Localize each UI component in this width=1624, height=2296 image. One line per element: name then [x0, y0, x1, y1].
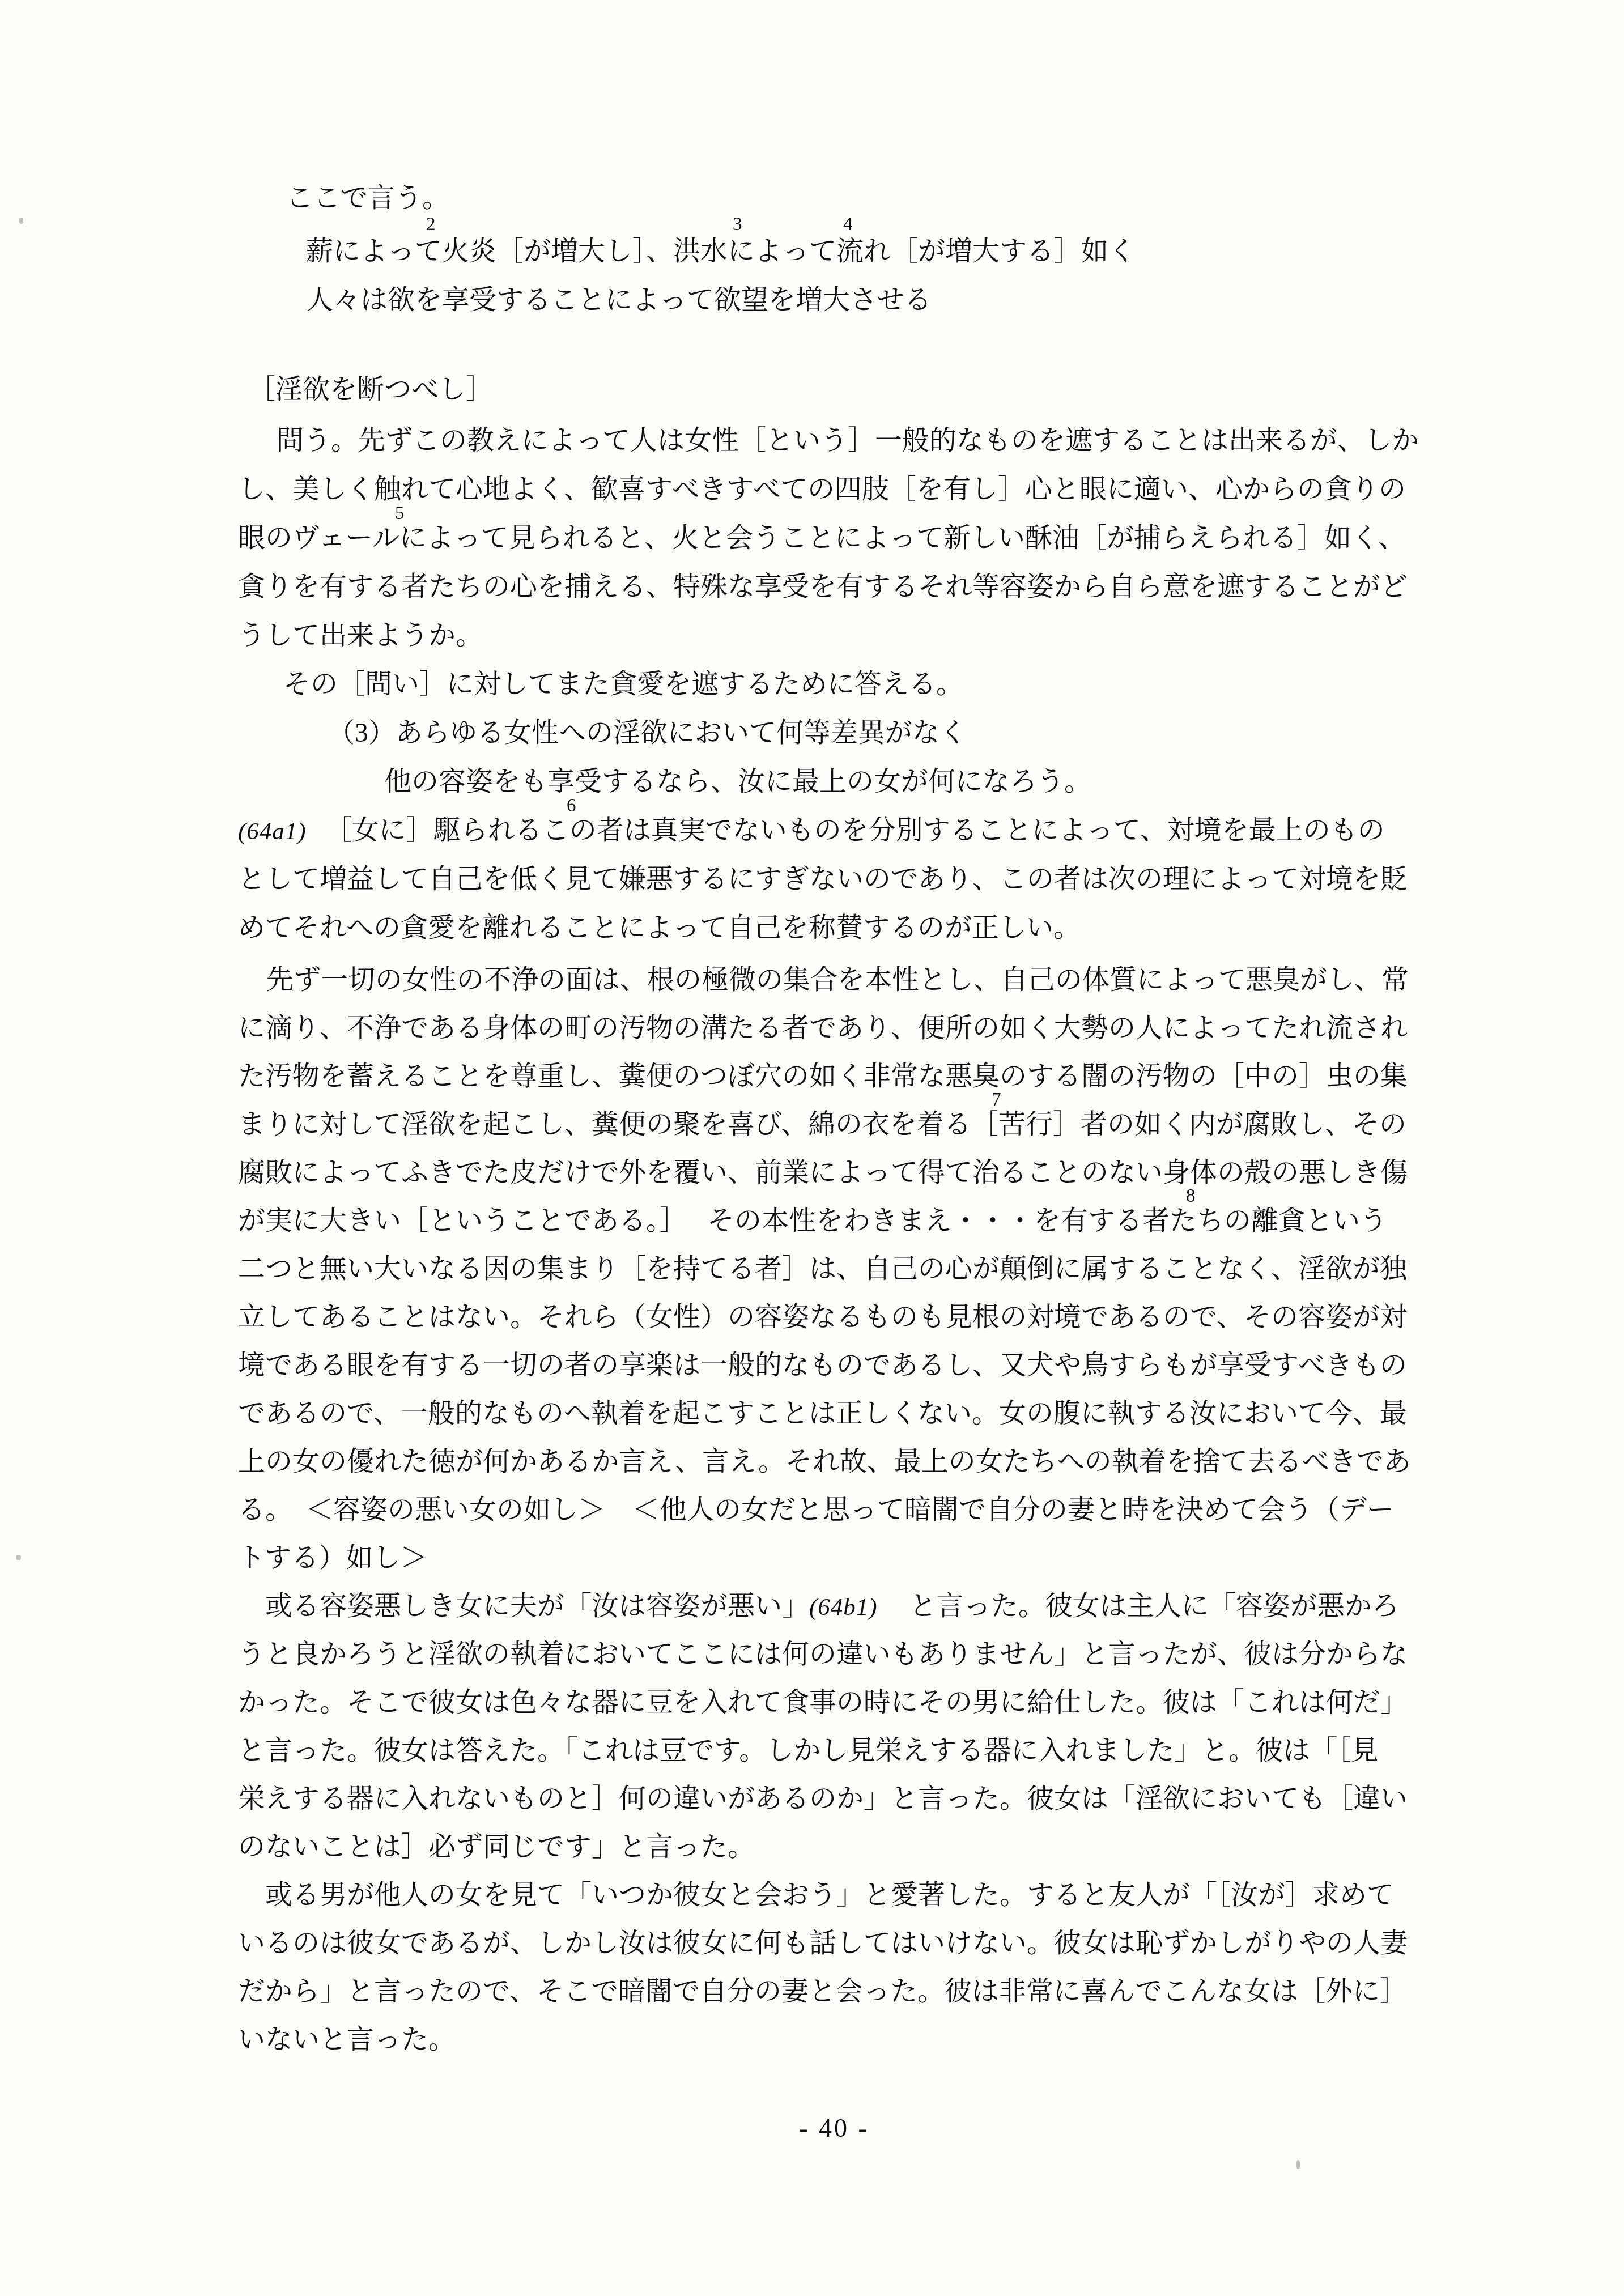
footnote-number: 6 [567, 793, 576, 818]
text-line: 問う。先ずこの教えによって人は女性［という］一般的なものを遮することは出来るが、… [277, 423, 1419, 458]
text-run: （3）あらゆる女性への淫欲において何等差異がなく [328, 718, 967, 748]
text-run: た汚物を蓄えることを尊重し、糞便のつぼ穴の如く非常な悪臭のする闇の汚物の［中の］… [238, 1061, 1408, 1091]
text-run: ［淫欲を断つべし］ [248, 375, 493, 405]
text-line: ここで言う。 [286, 181, 449, 216]
text-run: 境である眼を有する一切の者の享楽は一般的なものであるし、又犬や鳥すらもが享受すべ… [238, 1350, 1407, 1380]
text-line: かった。そこで彼女は色々な器に豆を入れて食事の時にその男に給仕した。彼は「これは… [238, 1685, 1408, 1720]
text-run: であるので、一般的なものへ執着を起こすことは正しくない。女の腹に執する汝において… [238, 1398, 1407, 1428]
text-line: 二つと無い大いなる因の集まり［を持てる者］は、自己の心が顛倒に属することなく、淫… [238, 1252, 1407, 1287]
text-line: 眼のヴェールによって見られると、火と会うことによって新しい酥油［が捕らえられる］… [238, 521, 1405, 556]
text-line: 或る男が他人の女を見て「いつか彼女と会おう」と愛著した。すると友人が「［汝が］求… [265, 1878, 1394, 1913]
text-run: 貪りを有する者たちの心を捕える、特殊な享受を有するそれ等容姿から自ら意を遮するこ… [238, 572, 1408, 602]
text-run: る。 ＜容姿の悪い女の如し＞ ＜他人の女だと思って暗闇で自分の妻と時を決めて会う… [238, 1495, 1394, 1525]
text-line: る。 ＜容姿の悪い女の如し＞ ＜他人の女だと思って暗闇で自分の妻と時を決めて会う… [238, 1493, 1394, 1528]
text-run: 或る男が他人の女を見て「いつか彼女と会おう」と愛著した。すると友人が「［汝が］求… [265, 1880, 1394, 1910]
text-run: うと良かろうと淫欲の執着においてここには何の違いもありません」と言ったが、彼は分… [238, 1639, 1408, 1669]
text-run: と言った。彼女は主人に「容姿が悪かろ [882, 1591, 1399, 1621]
footnote-number: 3 [733, 212, 742, 237]
text-run: に滴り、不浄である身体の町の汚物の溝たる者であり、便所の如く大勢の人によってたれ… [238, 1013, 1408, 1043]
text-run: 問う。先ずこの教えによって人は女性［という］一般的なものを遮することは出来るが、… [277, 426, 1419, 456]
folio-reference: (64b1) [809, 1594, 882, 1621]
text-line: のないことは］必ず同じです」と言った。 [238, 1830, 755, 1865]
text-run: が実に大きい［ということである。］ その本性をわきまえ・・・を有する者たちの離貪… [238, 1206, 1387, 1236]
text-line: が実に大きい［ということである。］ その本性をわきまえ・・・を有する者たちの離貪… [238, 1204, 1387, 1239]
text-line: （3）あらゆる女性への淫欲において何等差異がなく [328, 716, 967, 751]
text-run: 先ず一切の女性の不浄の面は、根の極微の集合を本性とし、自己の体質によって悪臭がし… [266, 965, 1409, 995]
text-run: トする）如し＞ [238, 1543, 428, 1573]
text-line: トする）如し＞ [238, 1541, 428, 1576]
text-run: いないと言った。 [238, 2025, 456, 2055]
footnote-number: 4 [843, 212, 853, 237]
footnote-number: 8 [1186, 1184, 1196, 1209]
folio-reference: (64a1) [238, 818, 311, 845]
text-line: いないと言った。 [238, 2022, 456, 2057]
footnote-number: 5 [395, 501, 405, 526]
text-line: めてそれへの貪愛を離れることによって自己を称賛するのが正しい。 [238, 911, 1081, 946]
scan-artifact [19, 218, 23, 224]
text-line: た汚物を蓄えることを尊重し、糞便のつぼ穴の如く非常な悪臭のする闇の汚物の［中の］… [238, 1059, 1408, 1094]
scan-artifact [1296, 2160, 1300, 2169]
text-line: 先ず一切の女性の不浄の面は、根の極微の集合を本性とし、自己の体質によって悪臭がし… [266, 963, 1409, 998]
text-run: 腐敗によってふきでた皮だけで外を覆い、前業によって得て治ることのない身体の殻の悪… [238, 1158, 1408, 1188]
text-run: 或る容姿悪しき女に夫が「汝は容姿が悪い」 [265, 1591, 809, 1621]
text-line: 或る容姿悪しき女に夫が「汝は容姿が悪い」(64b1) と言った。彼女は主人に「容… [265, 1589, 1399, 1624]
text-line: に滴り、不浄である身体の町の汚物の溝たる者であり、便所の如く大勢の人によってたれ… [238, 1011, 1408, 1046]
text-line: ［淫欲を断つべし］ [248, 372, 493, 407]
text-run: うして出来ようか。 [238, 620, 483, 650]
text-line: 境である眼を有する一切の者の享楽は一般的なものであるし、又犬や鳥すらもが享受すべ… [238, 1348, 1407, 1383]
text-line: 腐敗によってふきでた皮だけで外を覆い、前業によって得て治ることのない身体の殻の悪… [238, 1155, 1408, 1190]
text-line: 立してあることはない。それら（女性）の容姿なるものも見根の対境であるので、その容… [238, 1300, 1407, 1335]
text-line: (64a1) ［女に］駆られるこの者は真実でないものを分別することによって、対境… [238, 813, 1385, 848]
text-line: うして出来ようか。 [238, 618, 483, 653]
text-run: し、美しく触れて心地よく、歓喜すべきすべての四肢［を有し］心と眼に適い、心からの… [238, 474, 1406, 504]
text-line: 人々は欲を享受することによって欲望を増大させる [306, 283, 932, 318]
footnote-number: 7 [992, 1087, 1001, 1112]
scanned-document-page: ここで言う。薪によって火炎［が増大し］、洪水によって流れ［が増大する］如く人々は… [0, 0, 1624, 2296]
text-run: 眼のヴェールによって見られると、火と会うことによって新しい酥油［が捕らえられる］… [238, 523, 1405, 553]
text-run: 二つと無い大いなる因の集まり［を持てる者］は、自己の心が顛倒に属することなく、淫… [238, 1254, 1407, 1284]
text-run: 薪によって火炎［が増大し］、洪水によって流れ［が増大する］如く [306, 236, 1136, 266]
text-run: その［問い］に対してまた貪愛を遮するために答える。 [283, 669, 963, 699]
page-number: - 40 - [766, 2112, 902, 2144]
text-run: 立してあることはない。それら（女性）の容姿なるものも見根の対境であるので、その容… [238, 1302, 1407, 1332]
text-line: し、美しく触れて心地よく、歓喜すべきすべての四肢［を有し］心と眼に適い、心からの… [238, 472, 1406, 507]
text-run: いるのは彼女であるが、しかし汝は彼女に何も話してはいけない。彼女は恥ずかしがりや… [238, 1928, 1408, 1958]
text-run: 栄えする器に入れないものと］何の違いがあるのか」と言った。彼女は「淫欲においても… [238, 1784, 1408, 1814]
text-line: まりに対して淫欲を起こし、糞便の聚を喜び、綿の衣を着る［苦行］者の如く内が腐敗し… [238, 1107, 1406, 1142]
text-run: 人々は欲を享受することによって欲望を増大させる [306, 285, 932, 315]
text-line: 薪によって火炎［が増大し］、洪水によって流れ［が増大する］如く [306, 234, 1136, 269]
text-run: として増益して自己を低く見て嫌悪するにすぎないのであり、この者は次の理によって対… [238, 864, 1408, 894]
text-run: のないことは］必ず同じです」と言った。 [238, 1832, 755, 1862]
text-run: かった。そこで彼女は色々な器に豆を入れて食事の時にその男に給仕した。彼は「これは… [238, 1687, 1408, 1717]
footnote-number: 2 [426, 212, 436, 237]
text-run: だから」と言ったので、そこで暗闇で自分の妻と会った。彼は非常に喜んでこんな女は［… [238, 1976, 1407, 2006]
text-run: ［女に］駆られるこの者は真実でないものを分別することによって、対境を最上のもの [311, 815, 1385, 845]
text-line: だから」と言ったので、そこで暗闇で自分の妻と会った。彼は非常に喜んでこんな女は［… [238, 1974, 1407, 2009]
text-line: その［問い］に対してまた貪愛を遮するために答える。 [283, 667, 963, 702]
text-line: 他の容姿をも享受するなら、汝に最上の女が何になろう。 [384, 764, 1091, 800]
text-line: 栄えする器に入れないものと］何の違いがあるのか」と言った。彼女は「淫欲においても… [238, 1781, 1408, 1817]
text-line: として増益して自己を低く見て嫌悪するにすぎないのであり、この者は次の理によって対… [238, 862, 1408, 897]
text-run: と言った。彼女は答えた。「これは豆です。しかし見栄えする器に入れました」と。彼は… [238, 1736, 1378, 1766]
text-line: うと良かろうと淫欲の執着においてここには何の違いもありません」と言ったが、彼は分… [238, 1637, 1408, 1672]
text-run: まりに対して淫欲を起こし、糞便の聚を喜び、綿の衣を着る［苦行］者の如く内が腐敗し… [238, 1109, 1406, 1140]
text-line: であるので、一般的なものへ執着を起こすことは正しくない。女の腹に執する汝において… [238, 1396, 1407, 1431]
text-run: 他の容姿をも享受するなら、汝に最上の女が何になろう。 [384, 767, 1091, 797]
text-run: ここで言う。 [286, 183, 449, 213]
text-run: 上の女の優れた徳が何かあるか言え、言え。それ故、最上の女たちへの執着を捨て去るべ… [238, 1447, 1411, 1477]
text-run: めてそれへの貪愛を離れることによって自己を称賛するのが正しい。 [238, 913, 1081, 943]
text-line: 上の女の優れた徳が何かあるか言え、言え。それ故、最上の女たちへの執着を捨て去るべ… [238, 1444, 1411, 1479]
scan-artifact [16, 1555, 21, 1560]
text-line: いるのは彼女であるが、しかし汝は彼女に何も話してはいけない。彼女は恥ずかしがりや… [238, 1926, 1408, 1961]
text-line: と言った。彼女は答えた。「これは豆です。しかし見栄えする器に入れました」と。彼は… [238, 1733, 1378, 1768]
text-line: 貪りを有する者たちの心を捕える、特殊な享受を有するそれ等容姿から自ら意を遮するこ… [238, 569, 1408, 605]
